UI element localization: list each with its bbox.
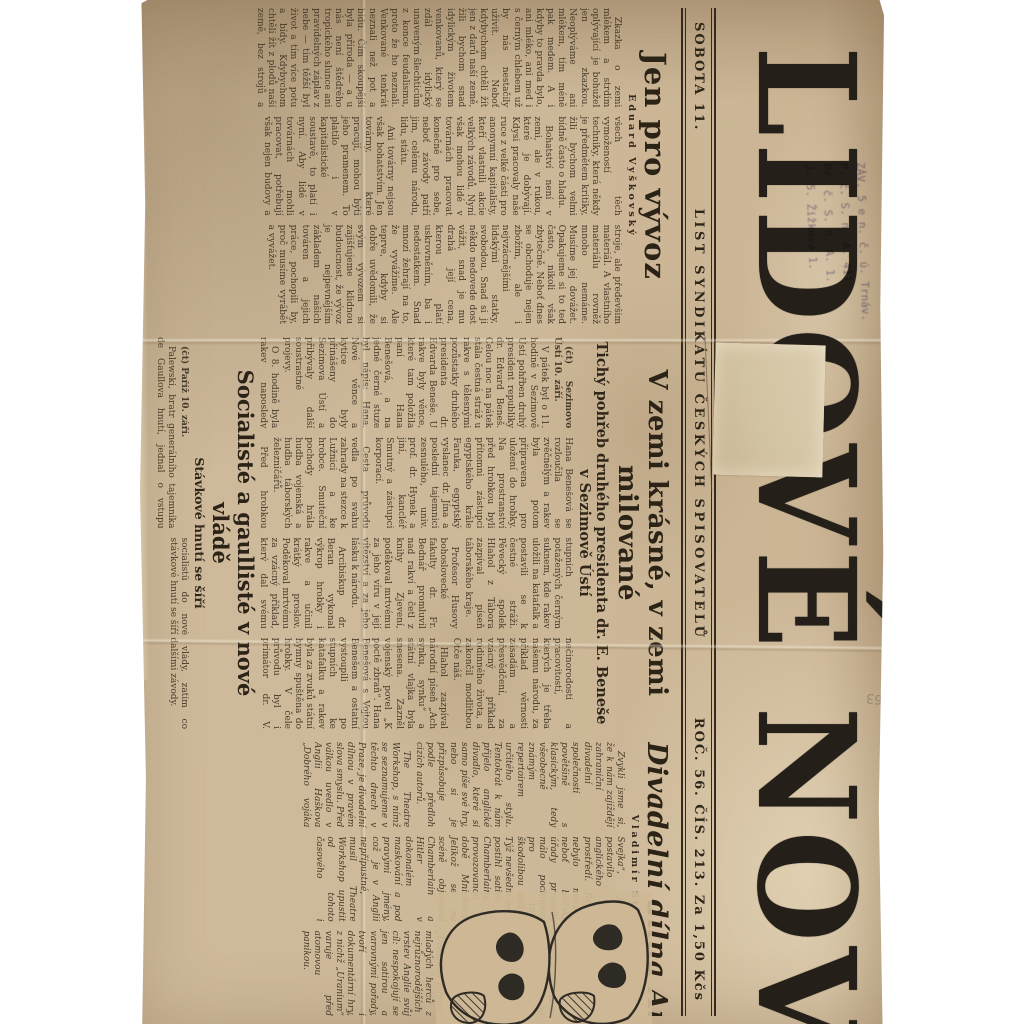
article-body: Zkazka o zemi mlékem a strdím oplývající…: [154, 8, 622, 324]
article-subhead: Tichý pohřeb druhého presidenta dr. E. B…: [576, 337, 610, 729]
article-headline: Jen pro vývoz: [638, 8, 672, 324]
dateline: (čt) Sezimovo Ústí 10. září.: [551, 337, 573, 428]
paper-fold-edge: [140, 120, 149, 680]
article-headline: Socialisté a gaullisté v nové vládě: [208, 337, 258, 729]
article-body: (čt) Sezimovo Ústí 10. září. V pátek byl…: [260, 337, 573, 729]
newspaper-photo: LIDOVÉ NOVINY SOBOTA 11. LIST SYNDIKÁTU …: [0, 0, 1024, 1024]
page-content: Jen pro vývoz Eduard Vyškovský Zkazka o …: [154, 0, 681, 1024]
issue-date: SOBOTA 11.: [691, 22, 706, 131]
article-subhead: Stávkové hnutí se šíří: [192, 337, 207, 729]
article-funeral: V zemi krásné, v zemi milované Tichý poh…: [154, 337, 674, 729]
pencil-note: 63: [865, 690, 883, 707]
article-socialiste: Socialisté a gaullisté v nové vládě Stáv…: [154, 337, 260, 729]
newspaper-sheet: LIDOVÉ NOVINY SOBOTA 11. LIST SYNDIKÁTU …: [140, 0, 884, 1024]
paper-patch: [712, 343, 825, 478]
theater-masks-drawing: [436, 892, 652, 1024]
article-author: Eduard Vyškovský: [626, 8, 637, 324]
article-headline: V zemi krásné, v zemi milované: [612, 337, 672, 729]
newspaper-title: LIDOVÉ NOVINY: [725, 0, 884, 1024]
publisher-line: LIST SYNDIKÁTU ČESKÝCH SPISOVATELŮ: [691, 209, 706, 641]
masthead: LIDOVÉ NOVINY: [716, 0, 884, 1024]
issue-number: ROČ. 56. ČÍS. 213. Za 1,50 Kčs: [691, 718, 706, 1002]
article-jen-pro-vyvoz: Jen pro vývoz Eduard Vyškovský Zkazka o …: [154, 8, 674, 324]
dateline: (čt) Paříž 10. září.: [178, 337, 189, 529]
article-body: (čt) Paříž 10. září. Palewski, bratr gen…: [154, 337, 189, 729]
library-stamp: ZÁV. 5 e n. č. ú. Trnáv. P. č. S. n. A. …: [801, 162, 875, 344]
masthead-rule-band: SOBOTA 11. LIST SYNDIKÁTU ČESKÝCH SPISOV…: [681, 8, 716, 1016]
